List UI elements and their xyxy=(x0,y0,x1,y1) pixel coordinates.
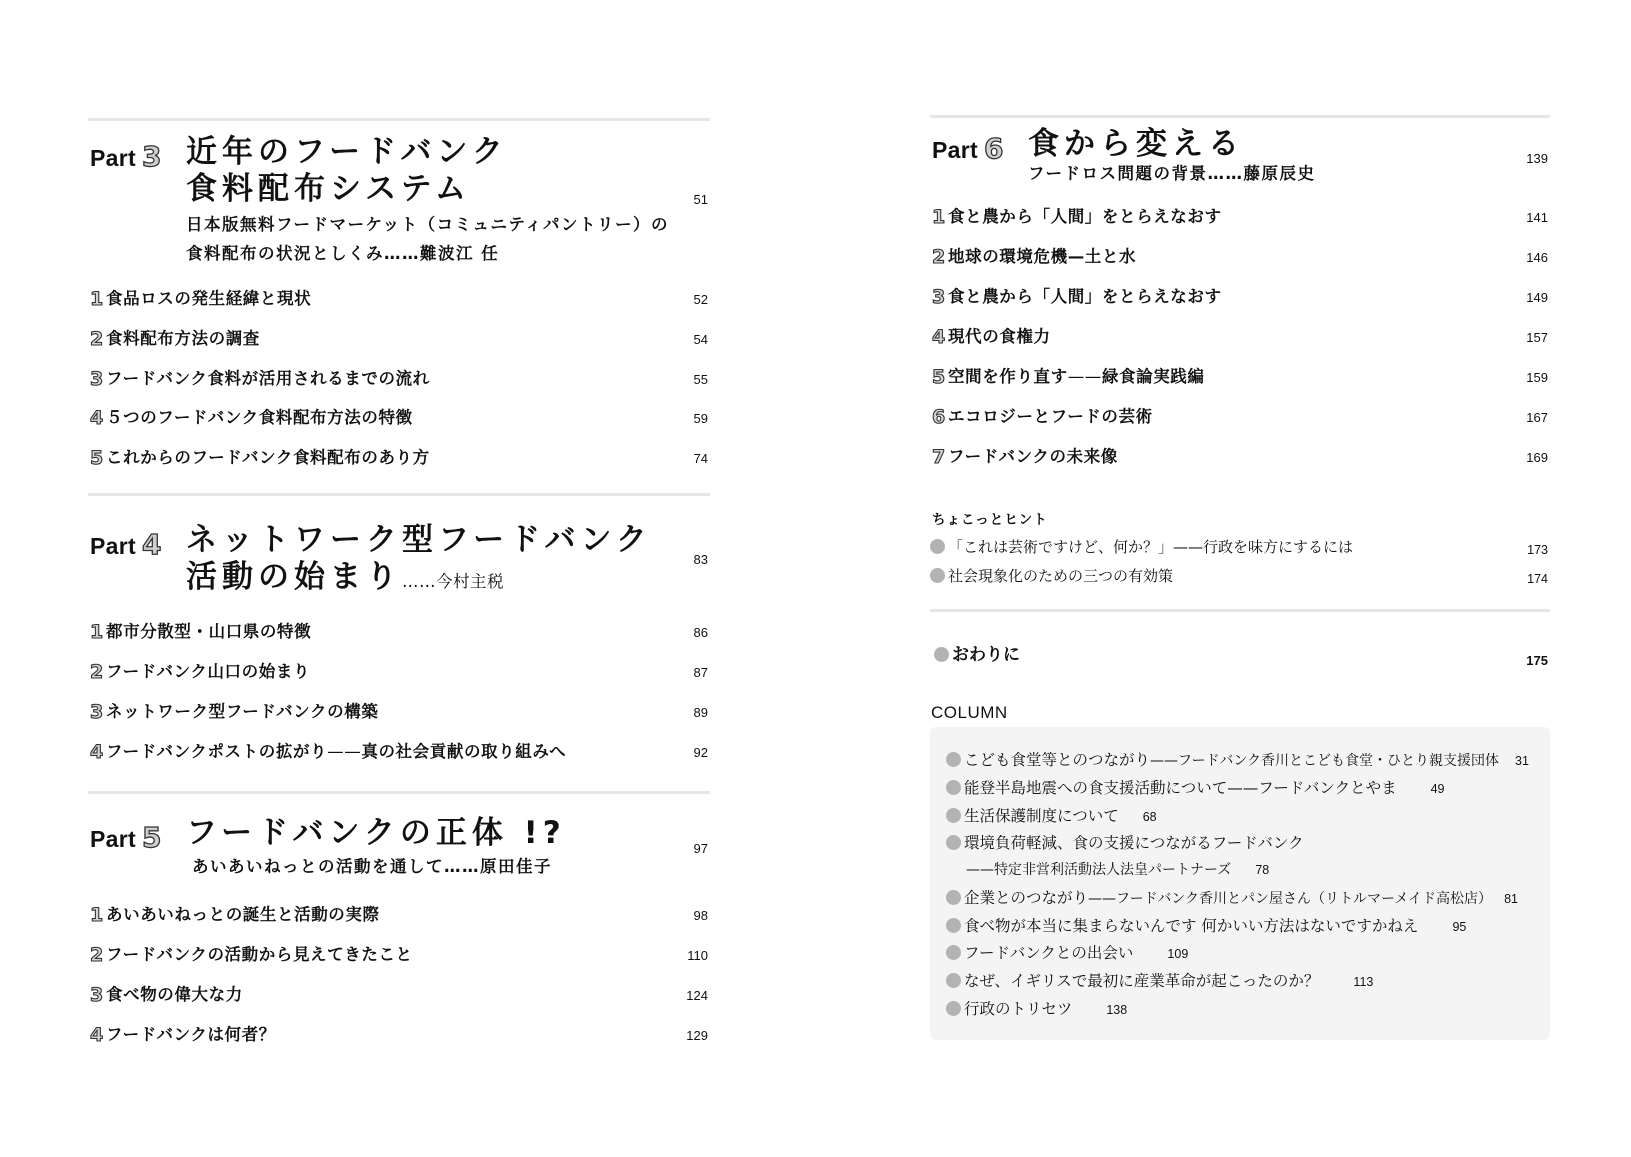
chapter-number: 3 xyxy=(932,285,945,309)
chapter-title: エコロジーとフードの芸術 xyxy=(948,405,1153,429)
bullet-dot-icon xyxy=(946,1001,961,1016)
chapter-item[interactable]: 3 食べ物の偉大な力 124 xyxy=(88,983,710,1007)
column-item[interactable]: 能登半島地震への食支援活動について——フードバンクとやま49 xyxy=(946,776,1550,800)
chapter-item[interactable]: 2 フードバンクの活動から見えてきたこと 110 xyxy=(88,943,710,967)
page-number: 175 xyxy=(1526,648,1548,674)
page-number: 129 xyxy=(686,1028,708,1043)
column-item[interactable]: 環境負荷軽減、食の支援につながるフードバンク xyxy=(946,831,1550,855)
page-number: 159 xyxy=(1526,370,1548,385)
left-page: Part3 近年のフードバンク 食料配布システム 日本版無料フードマーケット（コ… xyxy=(88,0,710,1157)
chapter-title: 都市分散型・山口県の特徴 xyxy=(106,620,311,644)
section-divider xyxy=(88,118,710,121)
chapter-item[interactable]: 4 現代の食権力 157 xyxy=(930,325,1550,349)
part-6-header[interactable]: Part6 食から変える フードロス問題の背景……藤原辰史 139 xyxy=(930,126,1550,192)
page-number: 149 xyxy=(1526,290,1548,305)
page-number: 139 xyxy=(1526,151,1548,166)
chapter-title: フードバンクの未来像 xyxy=(948,445,1118,469)
chapter-number: 7 xyxy=(932,445,945,469)
page-number: 52 xyxy=(694,292,708,307)
section-divider xyxy=(88,493,710,496)
section-divider xyxy=(930,609,1550,612)
bullet-dot-icon xyxy=(946,808,961,823)
part-title: 近年のフードバンク xyxy=(186,134,508,171)
chapter-item[interactable]: 2 食料配布方法の調査 54 xyxy=(88,327,710,351)
page-number: 92 xyxy=(694,745,708,760)
section-divider xyxy=(930,115,1550,118)
part-subtitle: フードロス問題の背景……藤原辰史 xyxy=(1028,159,1316,188)
page-number: 141 xyxy=(1526,210,1548,225)
chapter-title: あいあいねっとの誕生と活動の実際 xyxy=(106,903,380,927)
page-number: 89 xyxy=(694,705,708,720)
hint-text: 「これは芸術ですけど、何か？」——行政を味方にするには xyxy=(948,538,1353,556)
column-title: COLUMN xyxy=(931,703,1008,723)
bullet-dot-icon xyxy=(946,918,961,933)
chapter-title: 空間を作り直す——緑食論実践編 xyxy=(948,365,1205,389)
part-title-line2: 食料配布システム xyxy=(186,171,471,208)
part-subtitle: 日本版無料フードマーケット（コミュニティパントリー）の xyxy=(186,210,669,239)
chapter-title: フードバンクポストの拡がり——真の社会貢献の取り組みへ xyxy=(106,740,566,764)
part-number-4: 4 xyxy=(142,528,162,561)
chapter-title: 食料配布方法の調査 xyxy=(106,327,260,351)
chapter-number: 1 xyxy=(90,287,103,311)
chapter-item[interactable]: 5 これからのフードバンク食料配布のあり方 74 xyxy=(88,446,710,470)
page-number: 173 xyxy=(1527,539,1548,561)
author: ……今村主税 xyxy=(402,572,504,591)
page-number: 86 xyxy=(694,625,708,640)
bullet-dot-icon xyxy=(946,973,961,988)
column-item[interactable]: なぜ、イギリスで最初に産業革命が起こったのか？113 xyxy=(946,969,1550,993)
chapter-item[interactable]: 4 フードバンクは何者？ 129 xyxy=(88,1023,710,1047)
page-number: 98 xyxy=(694,908,708,923)
page-number: 55 xyxy=(694,372,708,387)
chapter-number: 5 xyxy=(90,446,103,470)
chapter-number: 4 xyxy=(932,325,945,349)
part-label: Part6 xyxy=(932,132,1004,165)
page-number: 95 xyxy=(1452,920,1466,934)
chapter-number: 1 xyxy=(932,205,945,229)
bullet-dot-icon xyxy=(946,780,961,795)
page-number: 78 xyxy=(1255,863,1269,877)
page-number: 109 xyxy=(1167,947,1188,961)
chapter-item[interactable]: 1 都市分散型・山口県の特徴 86 xyxy=(88,620,710,644)
column-item[interactable]: 行政のトリセツ138 xyxy=(946,997,1550,1021)
part-label: Part4 xyxy=(90,528,162,561)
closing-item[interactable]: おわりに 175 xyxy=(934,642,1550,668)
chapter-number: 1 xyxy=(90,620,103,644)
right-page: Part6 食から変える フードロス問題の背景……藤原辰史 139 1 食と農か… xyxy=(930,0,1550,1157)
page-number: 167 xyxy=(1526,410,1548,425)
chapter-title: フードバンクの活動から見えてきたこと xyxy=(106,943,413,967)
chapter-item[interactable]: 3 ネットワーク型フードバンクの構築 89 xyxy=(88,700,710,724)
page-number: 68 xyxy=(1143,810,1157,824)
chapter-number: 2 xyxy=(90,327,103,351)
page-number: 59 xyxy=(694,411,708,426)
chapter-title: ネットワーク型フードバンクの構築 xyxy=(106,700,378,724)
part-4-header[interactable]: Part4 ネットワーク型フードバンク 活動の始まり……今村主税 83 xyxy=(88,522,710,602)
page-number: 74 xyxy=(694,451,708,466)
chapter-number: 2 xyxy=(90,943,103,967)
bullet-dot-icon xyxy=(930,568,945,583)
page-number: 81 xyxy=(1504,892,1518,906)
hint-text: 社会現象化のための三つの有効策 xyxy=(948,567,1173,585)
page-number: 110 xyxy=(687,948,708,963)
part-title: ネットワーク型フードバンク xyxy=(186,522,652,559)
part-subtitle: あいあいねっとの活動を通して……原田佳子 xyxy=(192,852,552,881)
hint-item[interactable]: 社会現象化のための三つの有効策 174 xyxy=(930,565,1550,587)
chapter-item[interactable]: 4 ５つのフードバンク食料配布方法の特徴 59 xyxy=(88,406,710,430)
chapter-title: これからのフードバンク食料配布のあり方 xyxy=(106,446,430,470)
part-title-line2: 活動の始まり……今村主税 xyxy=(186,559,504,600)
chapter-item[interactable]: 2 フードバンク山口の始まり 87 xyxy=(88,660,710,684)
column-item[interactable]: 生活保護制度について68 xyxy=(946,804,1550,828)
part-number-6: 6 xyxy=(984,132,1004,165)
part-number-5: 5 xyxy=(142,821,162,854)
chapter-title: 地球の環境危機—土と水 xyxy=(948,245,1136,269)
chapter-number: 2 xyxy=(90,660,103,684)
part-title: フードバンクの正体 !? xyxy=(186,815,566,852)
chapter-title: フードバンク山口の始まり xyxy=(106,660,310,684)
part-label: Part3 xyxy=(90,140,162,173)
page-number: 83 xyxy=(694,552,708,567)
page-number: 124 xyxy=(686,988,708,1003)
chapter-item[interactable]: 3 食と農から「人間」をとらえなおす 149 xyxy=(930,285,1550,309)
page-number: 87 xyxy=(694,665,708,680)
chapter-number: 1 xyxy=(90,903,103,927)
page-number: 174 xyxy=(1527,568,1548,590)
chapter-number: 4 xyxy=(90,740,103,764)
chapter-number: 3 xyxy=(90,983,103,1007)
page-number: 113 xyxy=(1353,975,1373,989)
bullet-dot-icon xyxy=(946,835,961,850)
chapter-title: フードバンクは何者？ xyxy=(106,1023,276,1047)
section-divider xyxy=(88,791,710,794)
part-label: Part5 xyxy=(90,821,162,854)
bullet-dot-icon xyxy=(946,890,961,905)
column-item[interactable]: 食べ物が本当に集まらないんです 何かいい方法はないですかねえ95 xyxy=(946,914,1550,938)
page-number: 146 xyxy=(1526,250,1548,265)
column-item-continuation[interactable]: ——特定非営利活動法人法皇パートナーズ78 xyxy=(966,859,1269,881)
chapter-number: 5 xyxy=(932,365,945,389)
bullet-dot-icon xyxy=(946,945,961,960)
chapter-item[interactable]: 1 食品ロスの発生経緯と現状 52 xyxy=(88,287,710,311)
chapter-number: 6 xyxy=(932,405,945,429)
part-subtitle-line2: 食料配布の状況としくみ……難波江 任 xyxy=(186,239,499,268)
chapter-title: ５つのフードバンク食料配布方法の特徴 xyxy=(106,406,413,430)
page-number: 157 xyxy=(1526,330,1548,345)
chapter-item[interactable]: 2 地球の環境危機—土と水 146 xyxy=(930,245,1550,269)
chapter-title: フードバンク食料が活用されるまでの流れ xyxy=(106,367,430,391)
part-3-header[interactable]: Part3 近年のフードバンク 食料配布システム 日本版無料フードマーケット（コ… xyxy=(88,130,710,270)
page-number: 49 xyxy=(1431,782,1445,796)
page-number: 54 xyxy=(694,332,708,347)
hint-item[interactable]: 「これは芸術ですけど、何か？」——行政を味方にするには 173 xyxy=(930,536,1550,558)
chapter-item[interactable]: 7 フードバンクの未来像 169 xyxy=(930,445,1550,469)
page-number: 97 xyxy=(694,841,708,856)
chapter-item[interactable]: 6 エコロジーとフードの芸術 167 xyxy=(930,405,1550,429)
chapter-item[interactable]: 1 あいあいねっとの誕生と活動の実際 98 xyxy=(88,903,710,927)
part-title: 食から変える xyxy=(1028,126,1244,163)
page-number: 138 xyxy=(1106,1003,1127,1017)
part-number-3: 3 xyxy=(142,140,162,173)
chapter-item[interactable]: 5 空間を作り直す——緑食論実践編 159 xyxy=(930,365,1550,389)
bullet-dot-icon xyxy=(946,752,961,767)
chapter-title: 食と農から「人間」をとらえなおす xyxy=(948,205,1222,229)
hints-title: ちょこっとヒント xyxy=(932,508,1048,528)
chapter-number: 4 xyxy=(90,1023,103,1047)
closing-text: おわりに xyxy=(952,645,1020,665)
column-box: こども食堂等とのつながり——フードバンク香川とこども食堂・ひとり親支援団体31 … xyxy=(930,727,1550,1040)
chapter-title: 現代の食権力 xyxy=(948,325,1051,349)
chapter-title: 食品ロスの発生経緯と現状 xyxy=(106,287,311,311)
chapter-item[interactable]: 4 フードバンクポストの拡がり——真の社会貢献の取り組みへ 92 xyxy=(88,740,710,764)
chapter-title: 食べ物の偉大な力 xyxy=(106,983,243,1007)
chapter-title: 食と農から「人間」をとらえなおす xyxy=(948,285,1222,309)
page-number: 31 xyxy=(1515,754,1529,768)
chapter-number: 4 xyxy=(90,406,103,430)
bullet-dot-icon xyxy=(930,539,945,554)
column-item[interactable]: フードバンクとの出会い109 xyxy=(946,941,1550,965)
page-number: 51 xyxy=(694,192,708,207)
part-5-header[interactable]: Part5 フードバンクの正体 !? あいあいねっとの活動を通して……原田佳子 … xyxy=(88,815,710,885)
chapter-item[interactable]: 1 食と農から「人間」をとらえなおす 141 xyxy=(930,205,1550,229)
chapter-number: 3 xyxy=(90,700,103,724)
column-item[interactable]: 企業とのつながり——フードバンク香川とパン屋さん（リトルマーメイド高松店）81 xyxy=(946,886,1550,910)
page-number: 169 xyxy=(1526,450,1548,465)
chapter-number: 3 xyxy=(90,367,103,391)
chapter-item[interactable]: 3 フードバンク食料が活用されるまでの流れ 55 xyxy=(88,367,710,391)
column-item[interactable]: こども食堂等とのつながり——フードバンク香川とこども食堂・ひとり親支援団体31 xyxy=(946,748,1550,772)
bullet-dot-icon xyxy=(934,647,949,662)
chapter-number: 2 xyxy=(932,245,945,269)
